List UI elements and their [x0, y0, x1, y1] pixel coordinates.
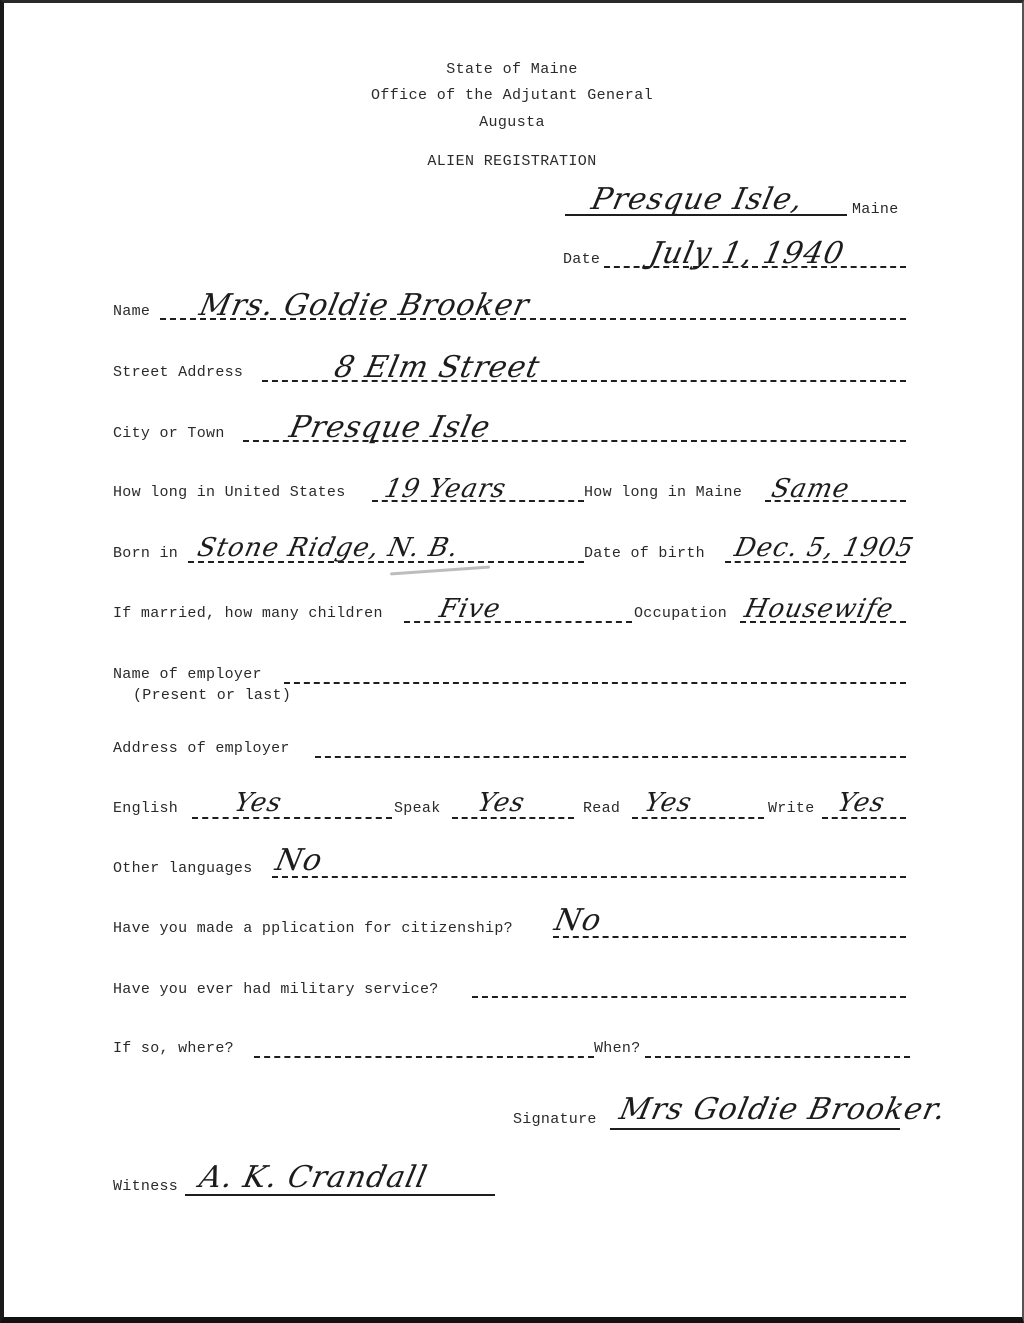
english-label: English — [113, 800, 178, 817]
write-label: Write — [768, 800, 815, 817]
place-suffix: Maine — [852, 201, 899, 218]
employer-name-sublabel: (Present or last) — [133, 687, 291, 704]
read-label: Read — [583, 800, 620, 817]
signature-label: Signature — [513, 1111, 597, 1128]
military-label: Have you ever had military service? — [113, 981, 439, 998]
street-line — [262, 380, 906, 382]
where-label: If so, where? — [113, 1040, 234, 1057]
signature-value: Mrs Goldie Brooker. — [616, 1092, 949, 1127]
employer-name-label: Name of employer — [113, 666, 262, 683]
military-line — [472, 996, 906, 998]
speak-line — [452, 817, 574, 819]
signature-line — [610, 1128, 900, 1130]
citizenship-label: Have you made a pplication for citizensh… — [113, 920, 513, 937]
citizenship-line — [553, 936, 906, 938]
witness-label: Witness — [113, 1178, 178, 1195]
header-state: State of Maine — [0, 61, 1024, 78]
city-label: City or Town — [113, 425, 225, 442]
when-line — [645, 1056, 910, 1058]
children-value: Five — [437, 594, 504, 624]
read-line — [632, 817, 764, 819]
other-languages-value: No — [272, 843, 326, 878]
other-languages-label: Other languages — [113, 860, 253, 877]
city-line — [243, 440, 906, 442]
place-line — [565, 214, 847, 216]
witness-value: A. K. Crandall — [196, 1160, 430, 1195]
place-value: Presque Isle, — [588, 182, 806, 217]
when-label: When? — [594, 1040, 641, 1057]
dob-label: Date of birth — [584, 545, 705, 562]
header-office: Office of the Adjutant General — [0, 87, 1024, 104]
occupation-line — [740, 621, 906, 623]
us-duration-label: How long in United States — [113, 484, 346, 501]
employer-address-line — [315, 756, 906, 758]
citizenship-value: No — [551, 903, 605, 938]
read-value: Yes — [642, 788, 695, 818]
name-line — [160, 318, 906, 320]
where-line — [254, 1056, 594, 1058]
dob-value: Dec. 5, 1905 — [732, 533, 917, 563]
employer-name-line — [284, 682, 906, 684]
employer-address-label: Address of employer — [113, 740, 290, 757]
speak-value: Yes — [475, 788, 528, 818]
born-in-label: Born in — [113, 545, 178, 562]
maine-duration-line — [765, 500, 906, 502]
witness-line — [185, 1194, 495, 1196]
header-city: Augusta — [0, 114, 1024, 131]
english-value: Yes — [232, 788, 285, 818]
dob-line — [725, 561, 906, 563]
speak-label: Speak — [394, 800, 441, 817]
occupation-value: Housewife — [742, 594, 897, 624]
form-title: ALIEN REGISTRATION — [0, 153, 1024, 170]
us-duration-line — [372, 500, 584, 502]
street-label: Street Address — [113, 364, 243, 381]
children-label: If married, how many children — [113, 605, 383, 622]
write-value: Yes — [835, 788, 888, 818]
children-line — [404, 621, 632, 623]
occupation-label: Occupation — [634, 605, 727, 622]
english-line — [192, 817, 392, 819]
born-in-line — [188, 561, 584, 563]
born-in-value: Stone Ridge, N. B. — [195, 533, 462, 563]
date-line — [604, 266, 906, 268]
write-line — [822, 817, 906, 819]
other-languages-line — [272, 876, 906, 878]
maine-duration-label: How long in Maine — [584, 484, 742, 501]
date-label: Date — [563, 251, 600, 268]
name-label: Name — [113, 303, 150, 320]
